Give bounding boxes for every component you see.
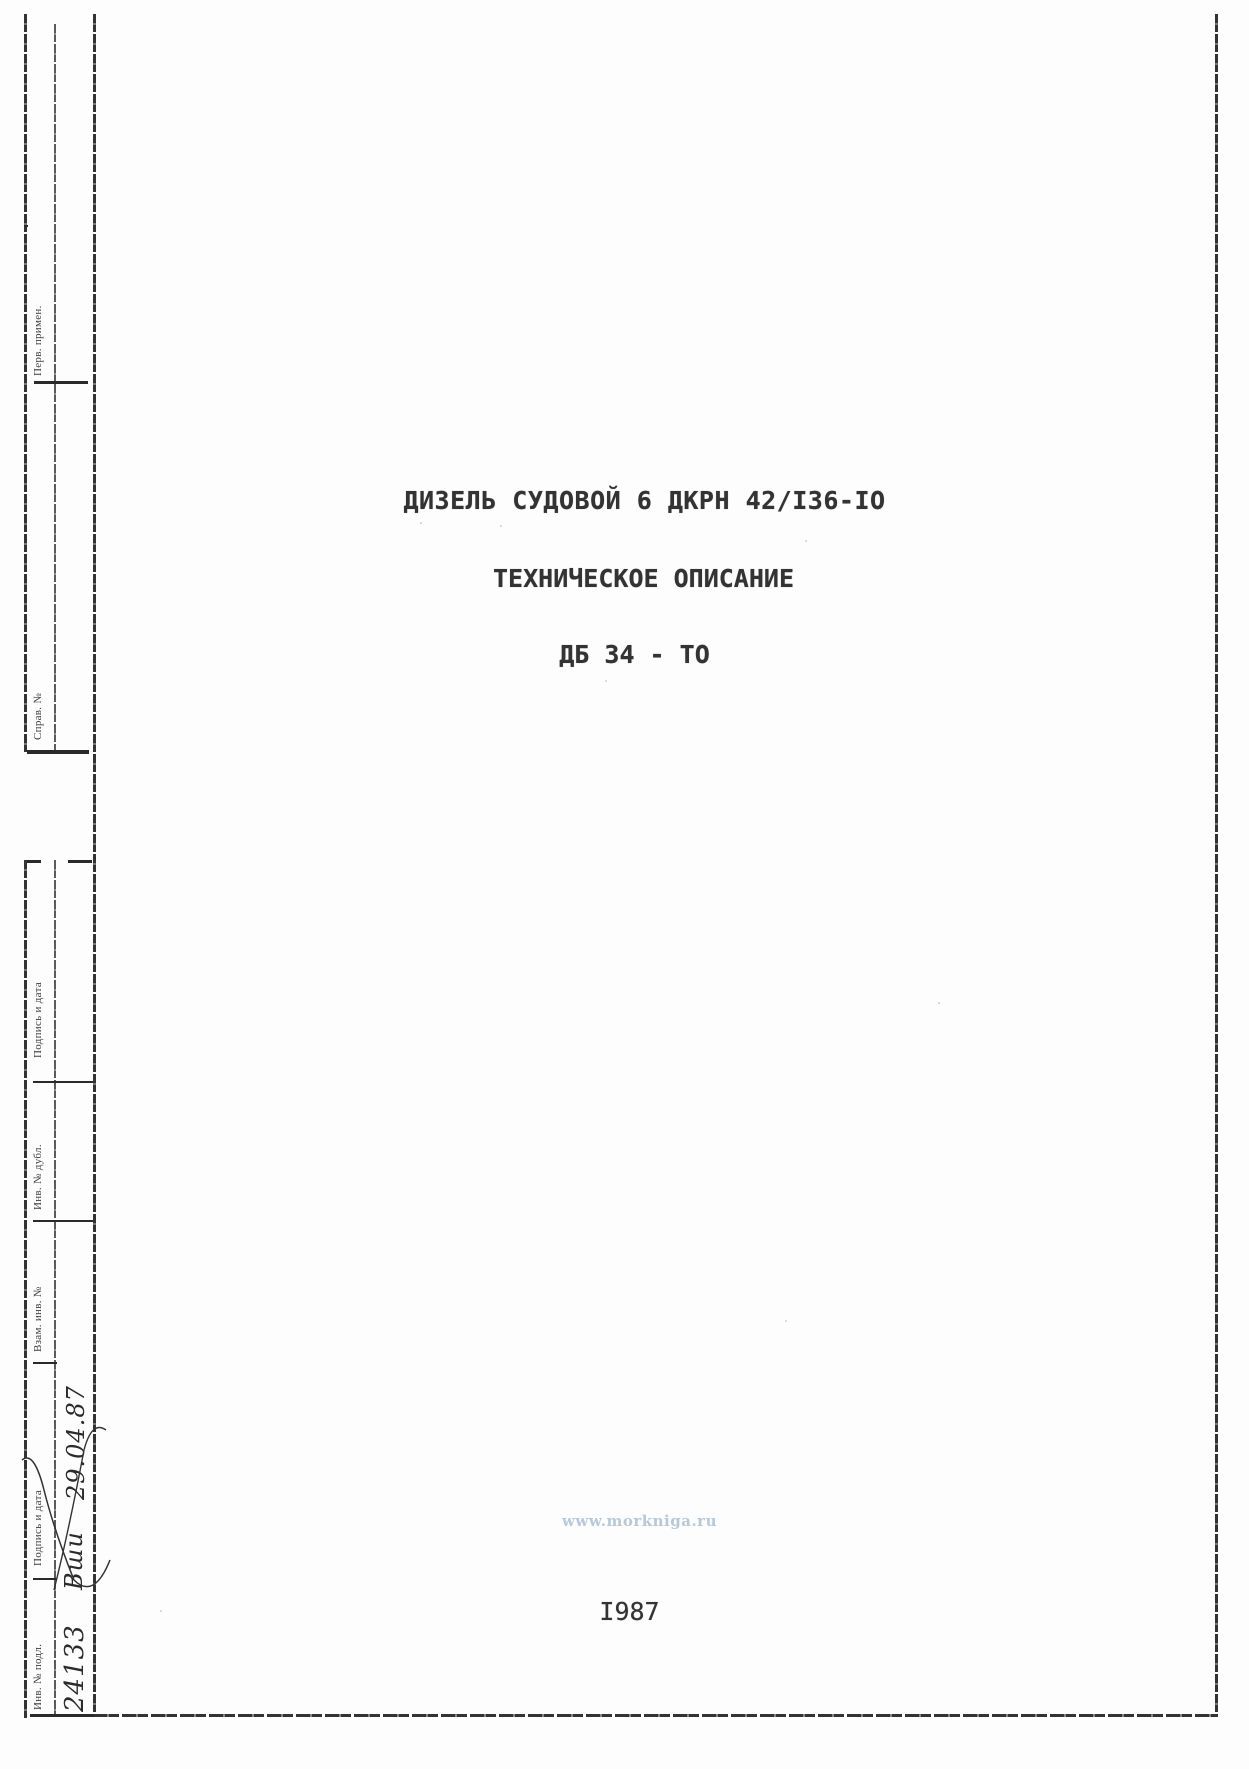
- frame-right-border: [1215, 14, 1218, 1717]
- stamp-label-reference-no: Справ. №: [32, 693, 44, 740]
- scan-speck: [605, 680, 607, 682]
- document-page: Перв. примен. Справ. № Подпись и дата Ин…: [0, 0, 1249, 1769]
- stamp-label-first-use: Перв. примен.: [32, 305, 44, 376]
- document-subtitle: ТЕХНИЧЕСКОЕ ОПИСАНИЕ: [0, 564, 1249, 593]
- scan-speck: [160, 1610, 162, 1612]
- stamp-divider: [33, 1362, 57, 1364]
- scan-speck: [805, 540, 807, 542]
- stamp-divider: [27, 750, 89, 754]
- stamp-divider: [33, 1220, 93, 1222]
- scan-speck: [420, 522, 422, 524]
- stamp-divider: [34, 381, 88, 384]
- stamp-label-replacement-inv-no: Взам. инв. №: [32, 1286, 44, 1352]
- scan-speck: [500, 525, 502, 527]
- document-year: I987: [0, 1597, 1249, 1626]
- document-title: ДИЗЕЛЬ СУДОВОЙ 6 ДКРН 42/I36-IO: [0, 486, 1249, 515]
- watermark: www.morkniga.ru: [0, 1512, 1249, 1530]
- scan-speck: [785, 1320, 787, 1322]
- handwritten-inv-number: 24133: [60, 1624, 90, 1712]
- stamp-label-duplicate-inv-no: Инв. № дубл.: [32, 1144, 44, 1210]
- stamp-label-original-inv-no: Инв. № подл.: [32, 1644, 44, 1710]
- stamp-divider: [68, 860, 92, 863]
- stamp-label-signature-date-upper: Подпись и дата: [32, 982, 44, 1058]
- stamp-divider: [24, 225, 28, 227]
- document-code: ДБ 34 - ТО: [0, 640, 1249, 669]
- signature-stroke-icon: [14, 1410, 114, 1610]
- stamp-divider: [30, 1714, 94, 1717]
- frame-bottom-border: [93, 1714, 1218, 1717]
- stamp-divider: [27, 860, 41, 863]
- stamp-divider: [33, 1081, 93, 1083]
- scan-speck: [938, 1002, 940, 1004]
